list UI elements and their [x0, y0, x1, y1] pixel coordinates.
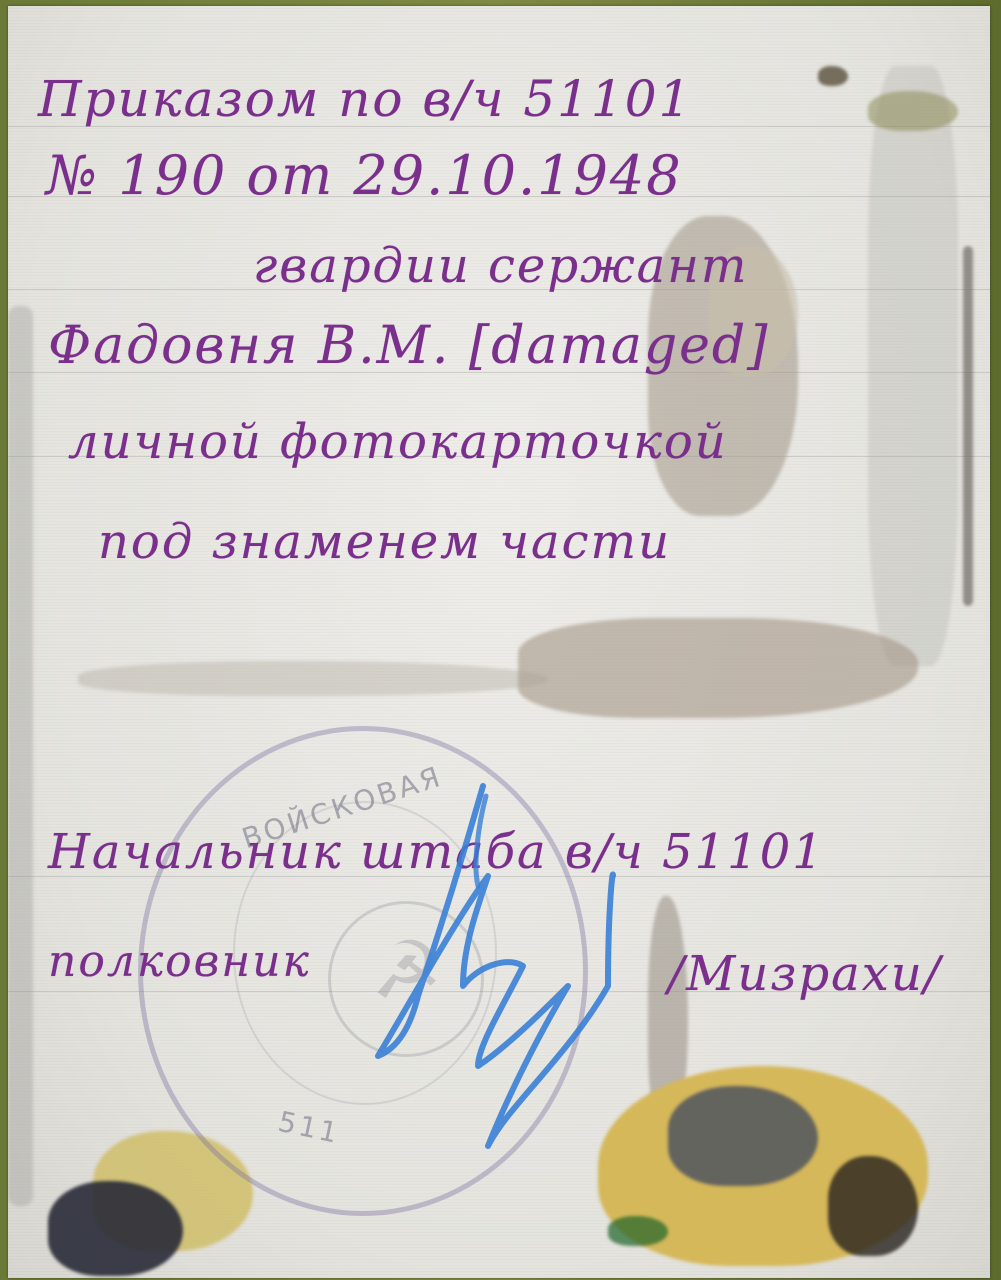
signature-stroke-icon — [8, 6, 990, 1278]
photo-card-back: ВОЙСКОВАЯ ☭ 511 Приказом по в/ч 51101 № … — [8, 6, 990, 1278]
